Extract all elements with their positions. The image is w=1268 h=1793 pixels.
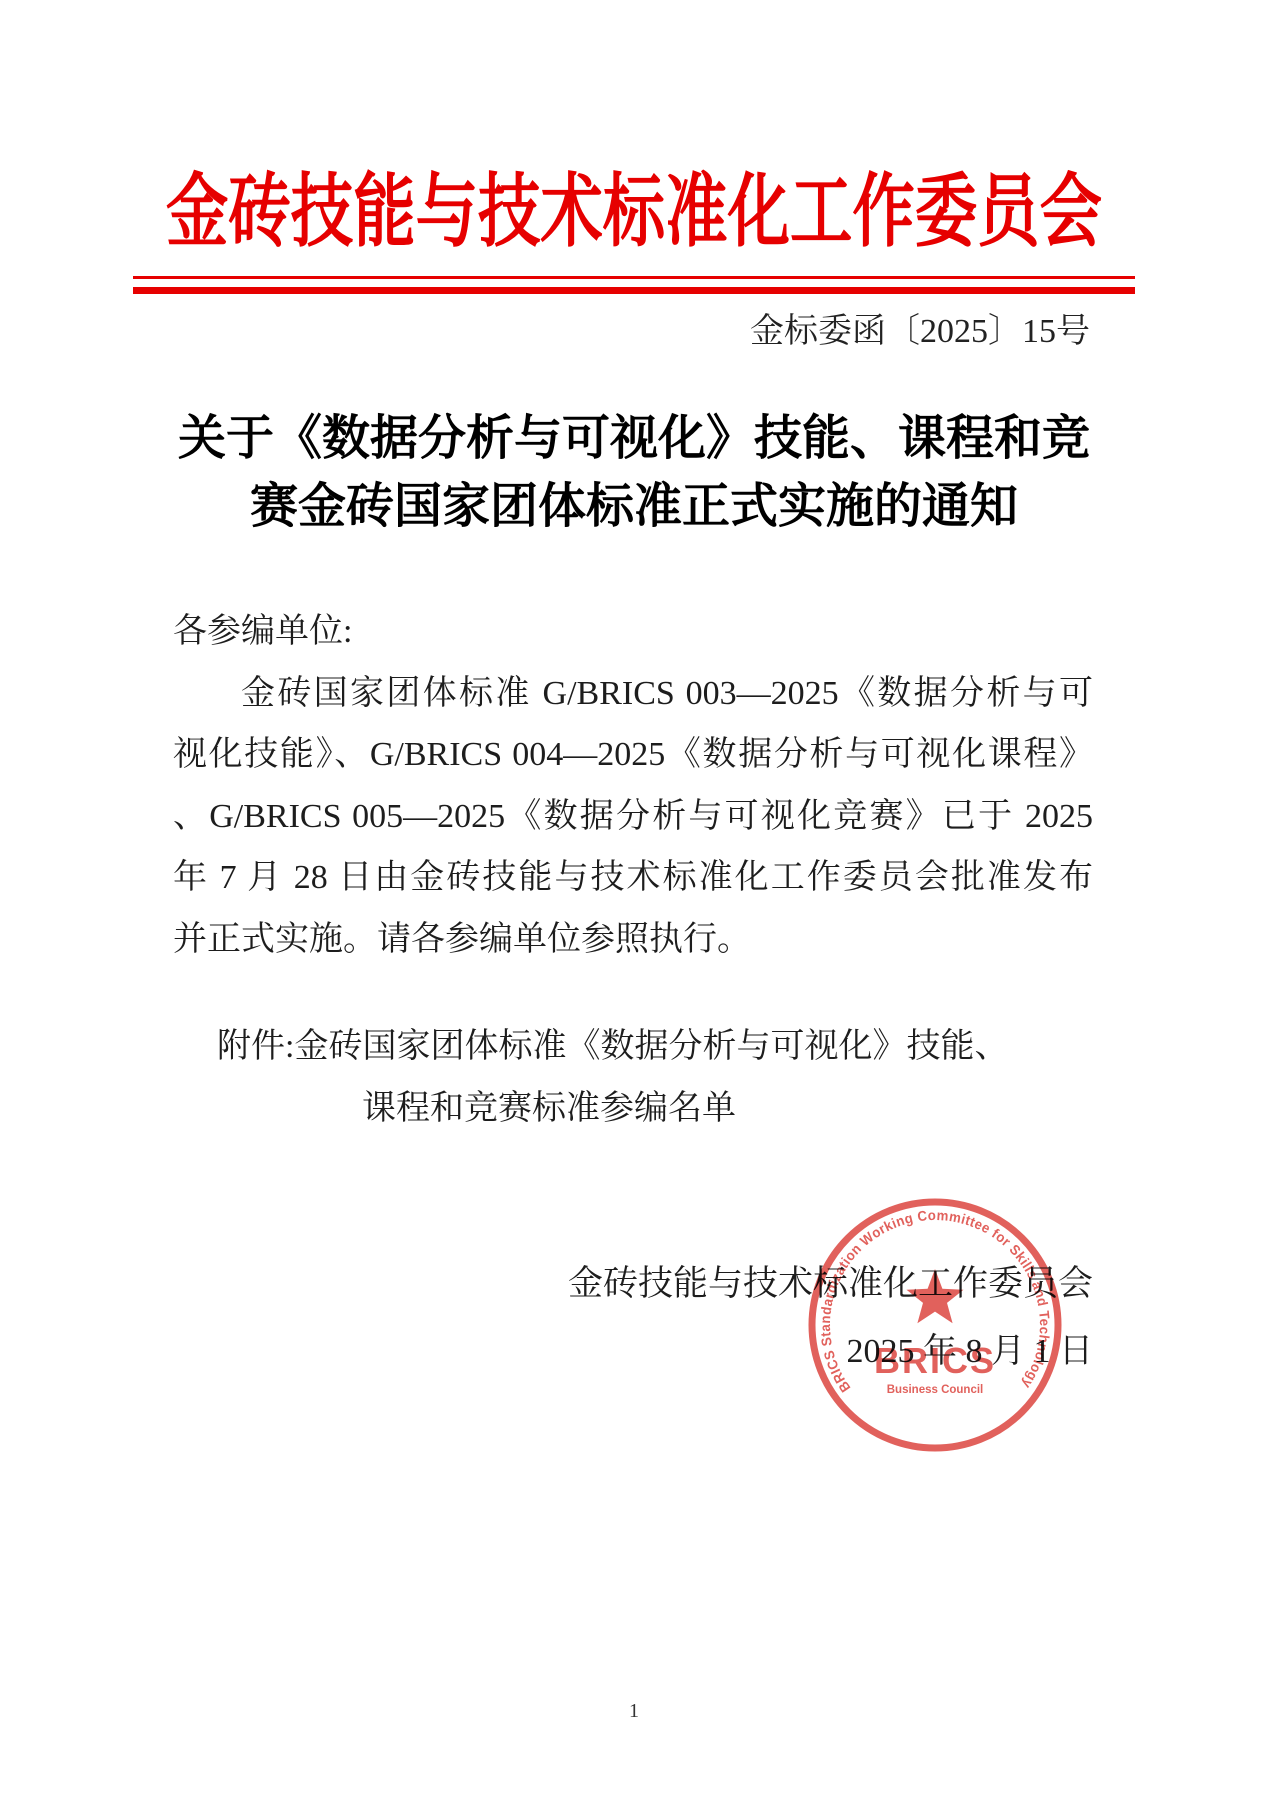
document-page: 金砖技能与技术标准化工作委员会 金标委函〔2025〕15号 关于《数据分析与可视… bbox=[0, 0, 1268, 1793]
page-number: 1 bbox=[0, 1700, 1268, 1723]
signature-date: 2025 年 8 月 1 日 bbox=[173, 1321, 1093, 1383]
attachment-note: 附件:金砖国家团体标准《数据分析与可视化》技能、 课程和竞赛标准参编名单 bbox=[173, 1016, 1093, 1139]
notice-body: 各参编单位: 金砖国家团体标准 G/BRICS 003—2025《数据分析与可 … bbox=[173, 601, 1093, 1382]
attachment-line-1: 附件:金砖国家团体标准《数据分析与可视化》技能、 bbox=[217, 1016, 1093, 1078]
attachment-line-2: 课程和竞赛标准参编名单 bbox=[362, 1078, 1093, 1140]
body-line: 年 7 月 28 日由金砖技能与技术标准化工作委员会批准发布 bbox=[173, 847, 1093, 909]
notice-title-line-1: 关于《数据分析与可视化》技能、课程和竞 bbox=[0, 405, 1268, 473]
body-line: 并正式实施。请各参编单位参照执行。 bbox=[173, 909, 1093, 971]
body-line: 、G/BRICS 005—2025《数据分析与可视化竞赛》已于 2025 bbox=[173, 786, 1093, 848]
notice-title: 关于《数据分析与可视化》技能、课程和竞 赛金砖国家团体标准正式实施的通知 bbox=[0, 405, 1268, 541]
red-rule-thick bbox=[133, 287, 1135, 294]
body-line: 视化技能》、G/BRICS 004—2025《数据分析与可视化课程》 bbox=[173, 724, 1093, 786]
letterhead-rules bbox=[133, 276, 1135, 294]
notice-title-line-2: 赛金砖国家团体标准正式实施的通知 bbox=[0, 473, 1268, 541]
signature-organization: 金砖技能与技术标准化工作委员会 bbox=[173, 1253, 1093, 1315]
body-line: 金砖国家团体标准 G/BRICS 003—2025《数据分析与可 bbox=[173, 663, 1093, 725]
letterhead-title: 金砖技能与技术标准化工作委员会 bbox=[139, 0, 1128, 254]
stamp-subtitle-label: Business Council bbox=[887, 1384, 984, 1396]
salutation: 各参编单位: bbox=[173, 601, 1093, 663]
doc-number: 金标委函〔2025〕15号 bbox=[0, 313, 1090, 351]
red-rule-thin bbox=[133, 276, 1135, 279]
